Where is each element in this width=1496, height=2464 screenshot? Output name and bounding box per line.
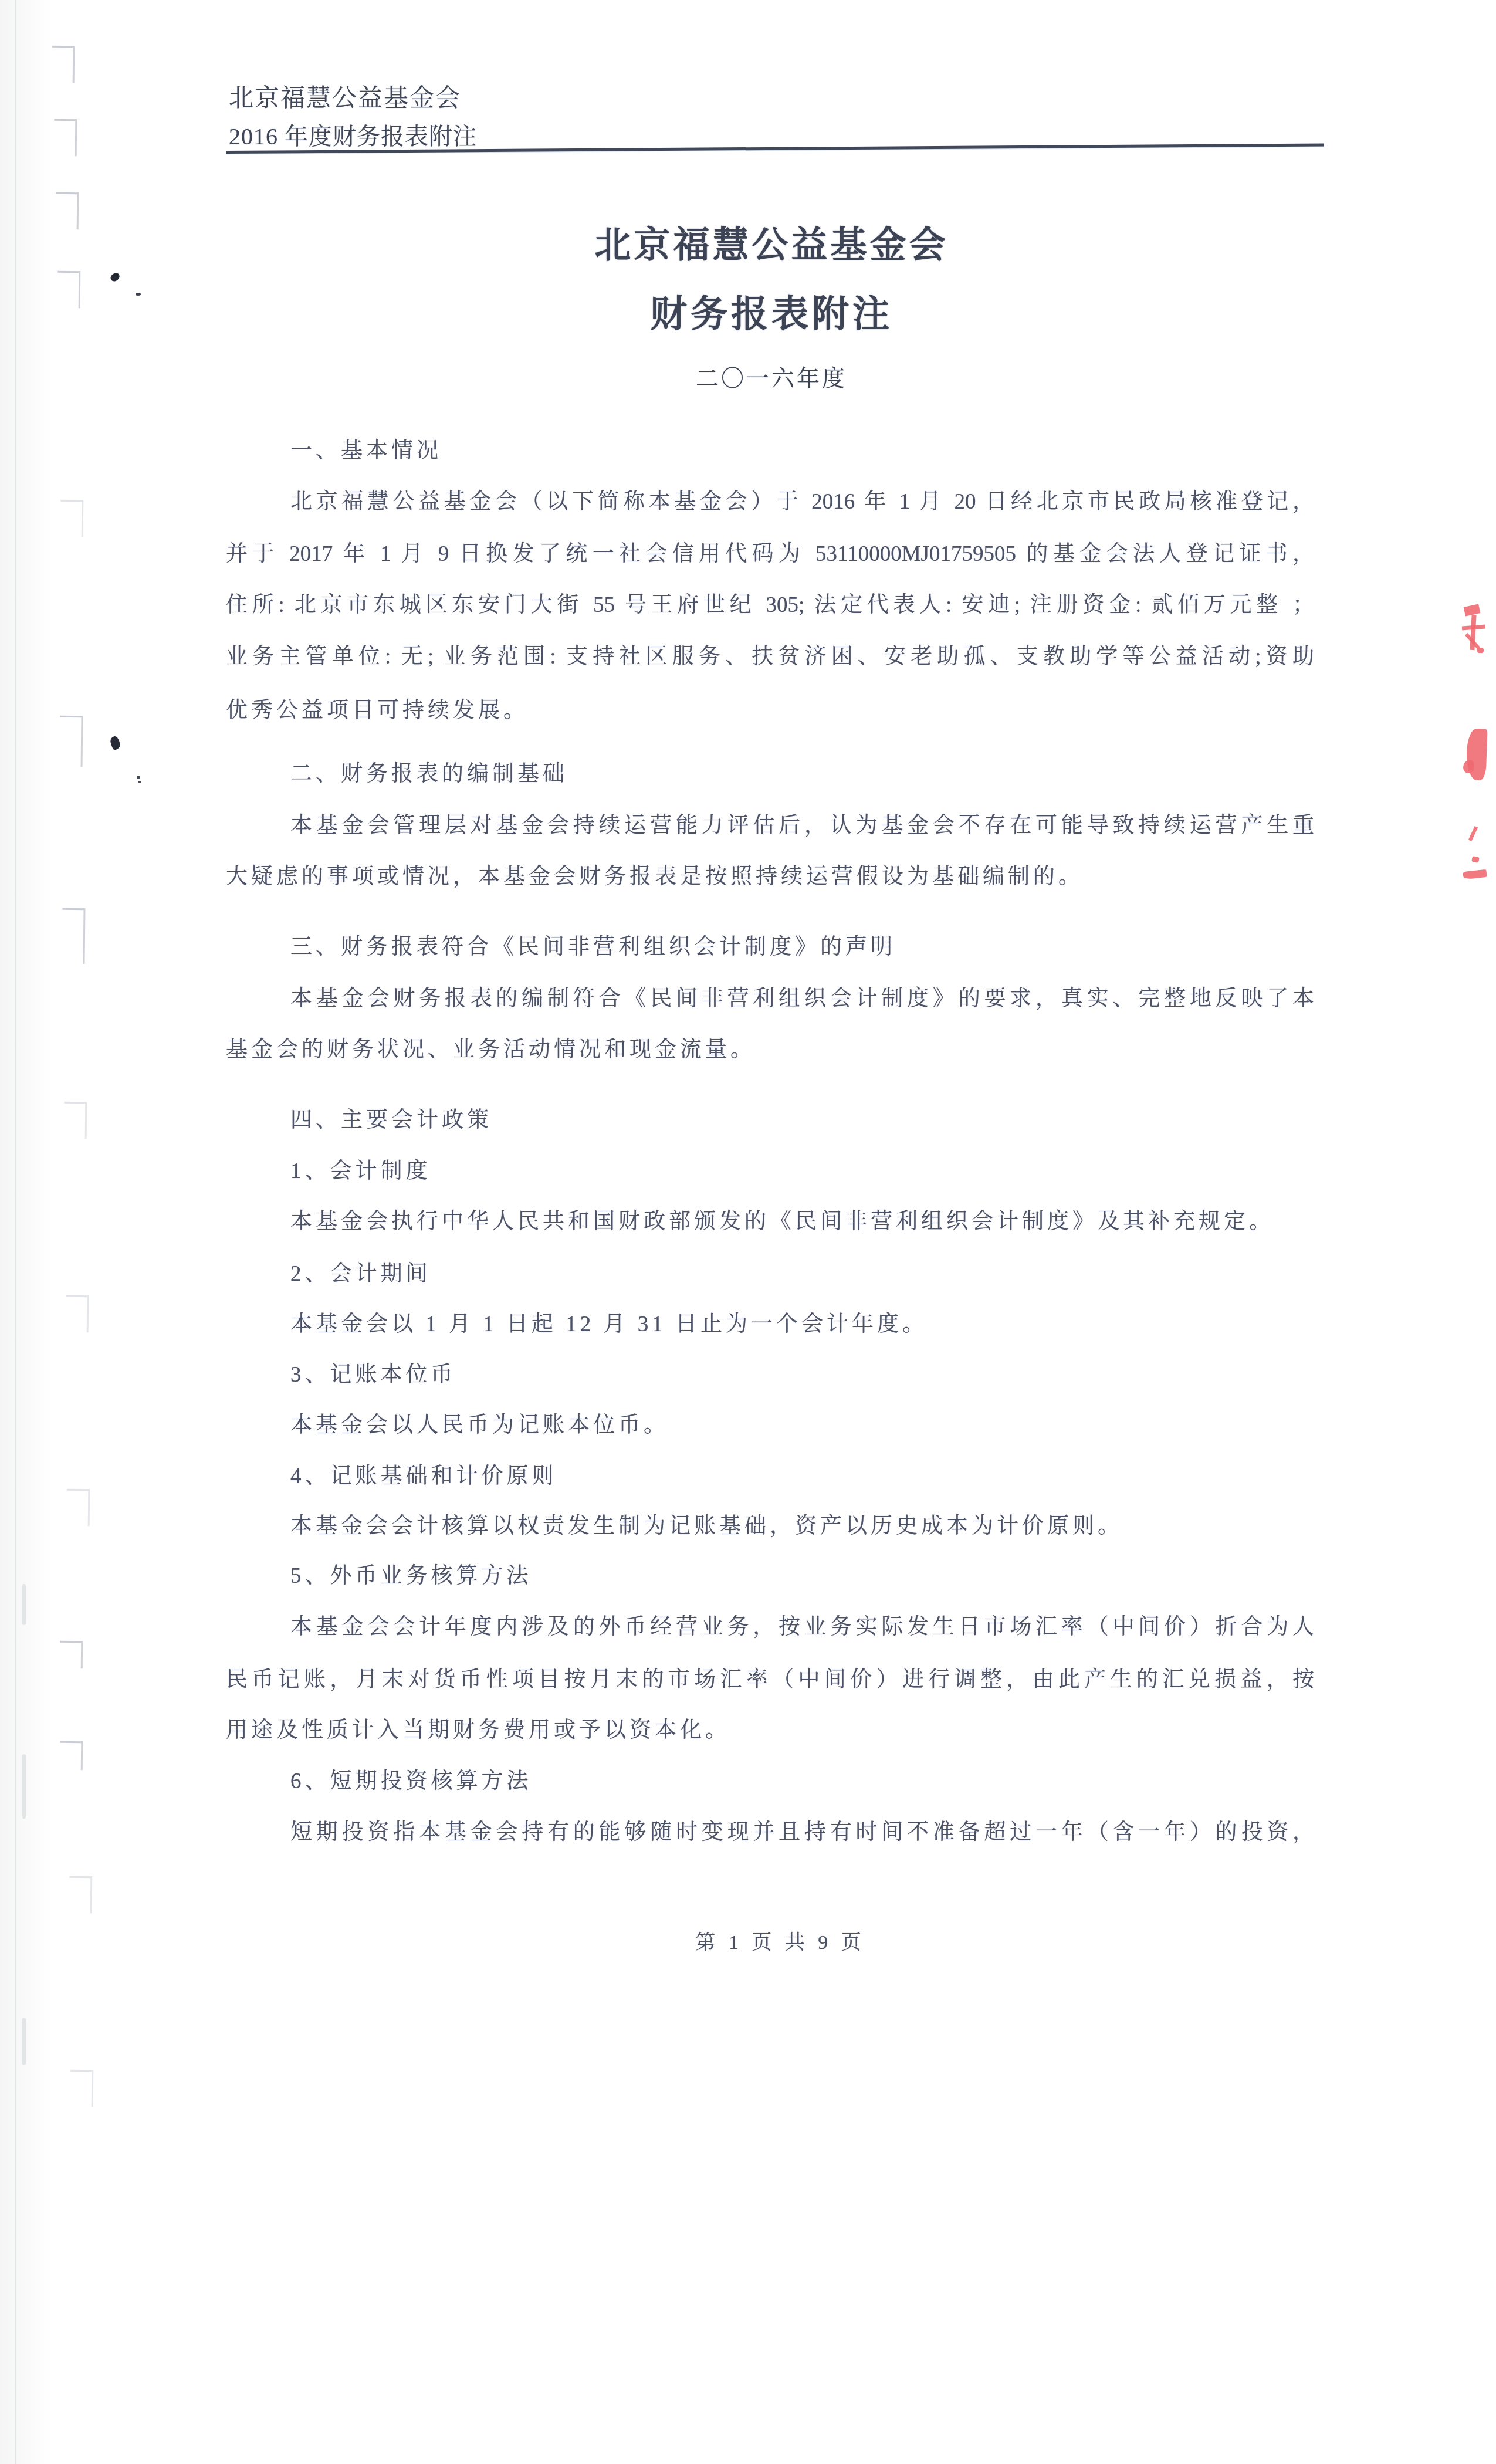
left-margin-artifact [70, 2070, 94, 2107]
text-line: 短期投资指本基金会持有的能够随时变现并且持有时间不准备超过一年（含一年）的投资， [290, 1814, 1314, 1846]
ink-speck [110, 736, 121, 751]
left-margin-artifact [60, 1741, 83, 1770]
red-seal-fragment [1463, 760, 1474, 773]
scanned-page: 北京福慧公益基金会 2016 年度财务报表附注 北京福慧公益基金会 财务报表附注… [0, 0, 1496, 2464]
sub-heading: 3、记账本位币 [290, 1356, 456, 1388]
text-line: 基金会的财务状况、业务活动情况和现金流量。 [226, 1031, 756, 1063]
scan-edge-streak [22, 2018, 26, 2065]
text-line: 本基金会财务报表的编制符合《民间非营利组织会计制度》的要求，真实、完整地反映了本 [290, 980, 1314, 1012]
ink-speck [136, 293, 141, 296]
section-heading: 一、基本情况 [290, 432, 442, 464]
left-margin-artifact [62, 908, 86, 964]
text-line: 本基金会会计年度内涉及的外币经营业务，按业务实际发生日市场汇率（中间价）折合为人 [290, 1609, 1314, 1640]
left-margin-artifact [52, 46, 75, 83]
header-doc-title: 2016 年度财务报表附注 [229, 118, 477, 151]
text-line: 并于 2017 年 1 月 9 日换发了统一社会信用代码为 53110000MJ… [226, 536, 1314, 567]
text-line: 本基金会执行中华人民共和国财政部颁发的《民间非营利组织会计制度》及其补充规定。 [290, 1203, 1274, 1235]
sub-heading: 5、外币业务核算方法 [290, 1558, 532, 1589]
scan-edge-streak [22, 1584, 26, 1625]
ink-speck [137, 776, 140, 779]
scan-edge-line [15, 0, 16, 2464]
text-line: 住所: 北京市东城区东安门大街 55 号王府世纪 305; 法定代表人: 安迪;… [226, 587, 1314, 618]
doc-title-org: 北京福慧公益基金会 [594, 216, 948, 268]
left-margin-artifact [56, 192, 79, 229]
left-margin-artifact [64, 1102, 87, 1139]
left-margin-artifact [57, 271, 81, 308]
left-margin-artifact [54, 119, 77, 156]
text-line: 用途及性质计入当期财务费用或予以资本化。 [226, 1712, 730, 1744]
doc-title-year: 二〇一六年度 [696, 360, 847, 393]
red-seal-fragment [1463, 869, 1487, 879]
text-line: 业务主管单位: 无; 业务范围: 支持社区服务、扶贫济困、安老助孤、支教助学等公… [226, 638, 1314, 670]
text-line: 本基金会以人民币为记账本位币。 [290, 1407, 669, 1439]
left-margin-artifact [60, 716, 83, 767]
text-line: 民币记账，月末对货币性项目按月末的市场汇率（中间价）进行调整，由此产生的汇兑损益… [226, 1661, 1314, 1693]
sub-heading: 2、会计期间 [290, 1255, 431, 1287]
ink-speck [138, 781, 141, 783]
red-seal-fragment [1471, 856, 1480, 863]
left-margin-artifact [67, 1489, 90, 1526]
ink-speck [109, 272, 120, 283]
section-heading: 二、财务报表的编制基础 [290, 756, 568, 787]
text-line: 本基金会管理层对基金会持续运营能力评估后，认为基金会不存在可能导致持续运营产生重 [290, 807, 1314, 839]
left-margin-artifact [69, 1876, 93, 1913]
sub-heading: 4、记账基础和计价原则 [290, 1458, 557, 1490]
left-margin-artifact [66, 1295, 89, 1332]
header-org-name: 北京福慧公益基金会 [229, 79, 461, 114]
sub-heading: 1、会计制度 [290, 1153, 431, 1184]
text-line: 大疑虑的事项或情况，本基金会财务报表是按照持续运营假设为基础编制的。 [226, 858, 1084, 890]
page-number-footer: 第 1 页 共 9 页 [695, 1926, 865, 1955]
section-heading: 四、主要会计政策 [290, 1102, 492, 1133]
scan-edge-streak [22, 1754, 26, 1819]
left-margin-artifact [60, 500, 84, 537]
text-line: 本基金会会计核算以权责发生制为记账基础，资产以历史成本为计价原则。 [290, 1508, 1123, 1539]
red-seal-fragment [1468, 826, 1478, 841]
scan-edge-shade [0, 0, 53, 2464]
sub-heading: 6、短期投资核算方法 [290, 1763, 532, 1795]
text-line: 本基金会以 1 月 1 日起 12 月 31 日止为一个会计年度。 [290, 1306, 928, 1338]
section-heading: 三、财务报表符合《民间非营利组织会计制度》的声明 [290, 929, 896, 960]
text-line: 北京福慧公益基金会（以下简称本基金会）于 2016 年 1 月 20 日经北京市… [290, 483, 1314, 515]
doc-title-main: 财务报表附注 [650, 284, 893, 337]
text-line: 优秀公益项目可持续发展。 [226, 692, 529, 724]
red-seal-fragment [1477, 648, 1484, 653]
left-margin-artifact [60, 1641, 83, 1668]
